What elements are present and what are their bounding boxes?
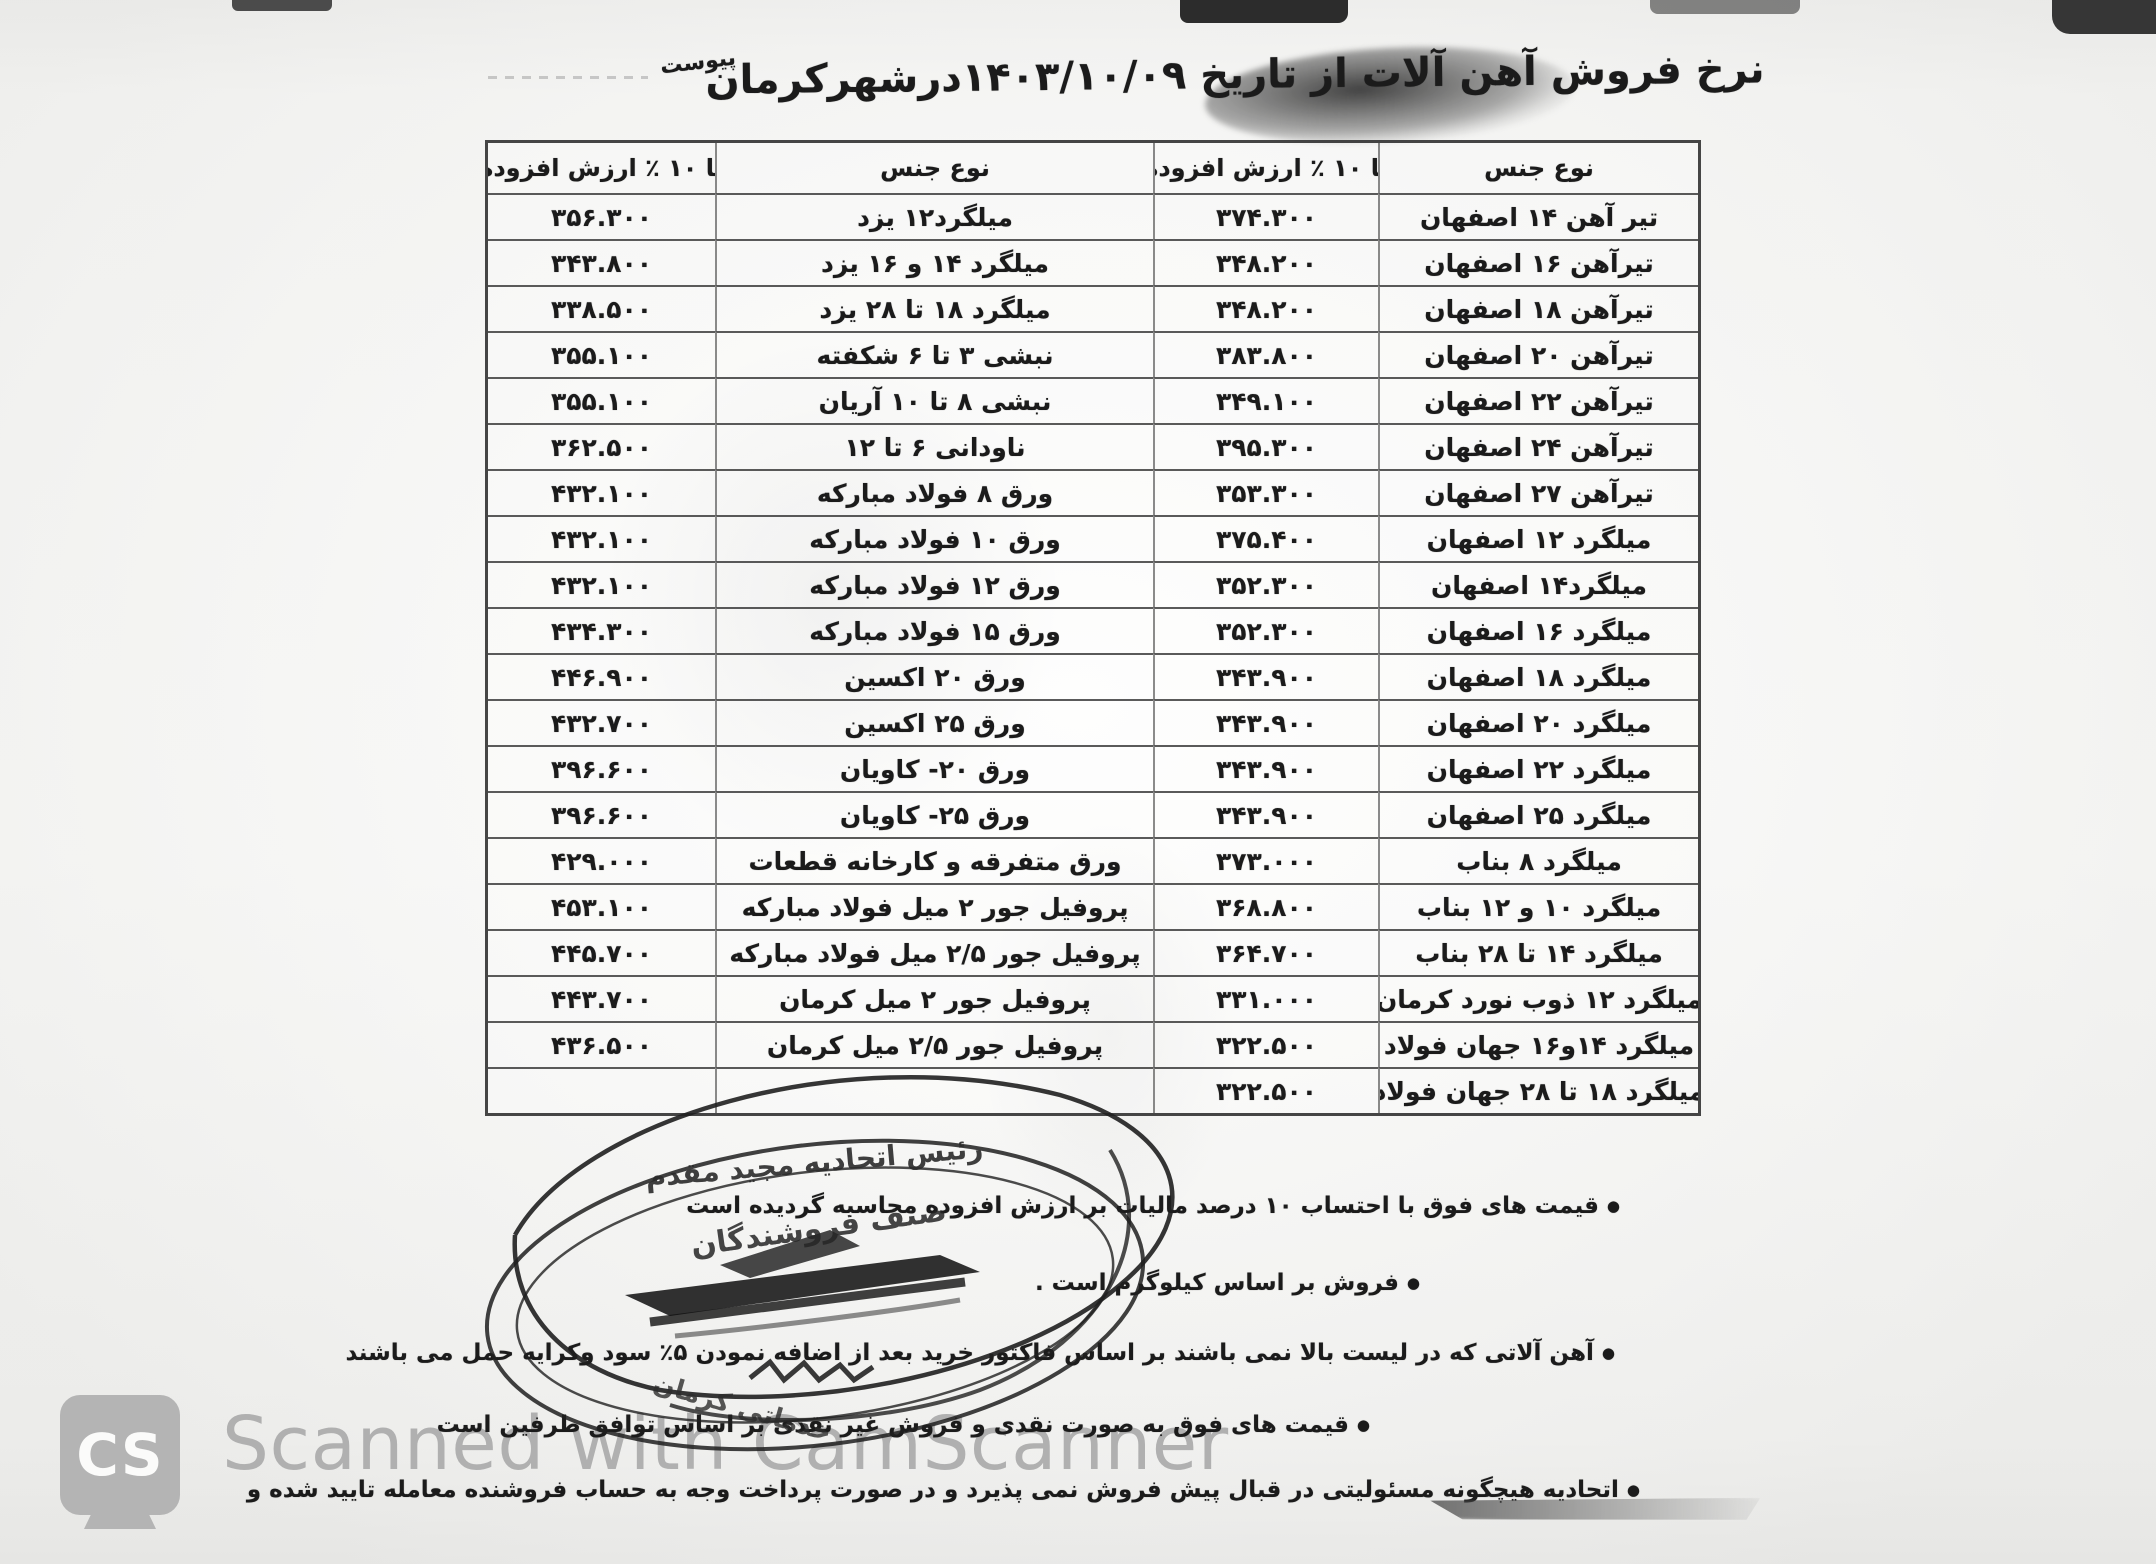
product-cell: میلگرد۱۴ اصفهان	[1378, 561, 1698, 607]
table-row: ۳۵۶.۳۰۰ میلگرد۱۲ یزد ۳۷۴.۳۰۰ تیر آهن ۱۴ …	[488, 193, 1698, 239]
table-row: ۳۹۶.۶۰۰ ورق ۲۰- کاویان ۳۴۳.۹۰۰ میلگرد ۲۲…	[488, 745, 1698, 791]
price-cell: ۳۵۲.۳۰۰	[1153, 561, 1378, 607]
product-cell: ورق ۱۰ فولاد مبارکه	[715, 515, 1153, 561]
faint-dash-line	[488, 76, 648, 79]
product-cell: پروفیل جور ۲ میل فولاد مبارکه	[715, 883, 1153, 929]
table-row: ۳۳۸.۵۰۰ میلگرد ۱۸ تا ۲۸ یزد ۳۴۸.۲۰۰ تیرآ…	[488, 285, 1698, 331]
price-cell: ۴۵۳.۱۰۰	[488, 883, 715, 929]
product-cell: میلگرد ۱۲ اصفهان	[1378, 515, 1698, 561]
camscanner-logo-icon: CS	[60, 1395, 180, 1515]
price-cell: ۳۹۶.۶۰۰	[488, 745, 715, 791]
product-cell: میلگرد ۲۲ اصفهان	[1378, 745, 1698, 791]
table-row: ۴۲۹.۰۰۰ ورق متفرقه و کارخانه قطعات ۳۷۳.۰…	[488, 837, 1698, 883]
table-row: ۴۳۲.۱۰۰ ورق ۸ فولاد مبارکه ۳۵۳.۳۰۰ تیرآه…	[488, 469, 1698, 515]
table-rows: ۳۵۶.۳۰۰ میلگرد۱۲ یزد ۳۷۴.۳۰۰ تیر آهن ۱۴ …	[488, 193, 1698, 1113]
table-row: ۴۳۲.۷۰۰ ورق ۲۵ اکسین ۳۴۳.۹۰۰ میلگرد ۲۰ ا…	[488, 699, 1698, 745]
product-cell: میلگرد ۱۴ تا ۲۸ بناب	[1378, 929, 1698, 975]
price-cell: ۳۶۲.۵۰۰	[488, 423, 715, 469]
price-cell: ۳۵۵.۱۰۰	[488, 377, 715, 423]
price-cell: ۳۴۳.۹۰۰	[1153, 653, 1378, 699]
price-cell: ۳۶۴.۷۰۰	[1153, 929, 1378, 975]
product-cell: ناودانی ۶ تا ۱۲	[715, 423, 1153, 469]
price-cell: ۳۸۳.۸۰۰	[1153, 331, 1378, 377]
price-cell: ۳۷۴.۳۰۰	[1153, 193, 1378, 239]
product-cell: ورق ۸ فولاد مبارکه	[715, 469, 1153, 515]
price-cell: ۳۷۵.۴۰۰	[1153, 515, 1378, 561]
price-cell: ۴۴۶.۹۰۰	[488, 653, 715, 699]
price-cell: ۳۹۶.۶۰۰	[488, 791, 715, 837]
product-cell: تیرآهن ۲۲ اصفهان	[1378, 377, 1698, 423]
product-cell: میلگرد ۱۶ اصفهان	[1378, 607, 1698, 653]
scan-edge-mark	[1650, 0, 1800, 14]
page-title: نرخ فروش آهن آلات از تاریخ ۱۴۰۳/۱۰/۰۹درش…	[690, 46, 1780, 103]
bullet-icon: ●	[1407, 1274, 1420, 1292]
product-cell: تیر آهن ۱۴ اصفهان	[1378, 193, 1698, 239]
table-row: ۳۶۲.۵۰۰ ناودانی ۶ تا ۱۲ ۳۹۵.۳۰۰ تیرآهن ۲…	[488, 423, 1698, 469]
product-cell: میلگرد ۱۴ و ۱۶ یزد	[715, 239, 1153, 285]
price-cell: ۳۴۳.۹۰۰	[1153, 745, 1378, 791]
stamp-handwriting: رئیس اتحادیه مجید مقدم	[644, 1131, 984, 1193]
header-product-type-right: نوع جنس	[1378, 143, 1698, 193]
product-cell: تیرآهن ۱۸ اصفهان	[1378, 285, 1698, 331]
price-cell: ۳۴۸.۲۰۰	[1153, 239, 1378, 285]
table-row: ۴۳۲.۱۰۰ ورق ۱۲ فولاد مبارکه ۳۵۲.۳۰۰ میلگ…	[488, 561, 1698, 607]
bullet-icon: ●	[1607, 1197, 1620, 1215]
product-cell: تیرآهن ۱۶ اصفهان	[1378, 239, 1698, 285]
bullet-icon: ●	[1602, 1344, 1615, 1362]
table-row: ۴۴۵.۷۰۰ پروفیل جور ۲/۵ میل فولاد مبارکه …	[488, 929, 1698, 975]
product-cell: ورق ۲۵- کاویان	[715, 791, 1153, 837]
table-row: ۴۳۲.۱۰۰ ورق ۱۰ فولاد مبارکه ۳۷۵.۴۰۰ میلگ…	[488, 515, 1698, 561]
price-cell: ۴۴۳.۷۰۰	[488, 975, 715, 1021]
scan-edge-mark	[1180, 0, 1348, 23]
table-row: ۳۹۶.۶۰۰ ورق ۲۵- کاویان ۳۴۳.۹۰۰ میلگرد ۲۵…	[488, 791, 1698, 837]
product-cell: میلگرد ۱۸ اصفهان	[1378, 653, 1698, 699]
price-cell: ۳۳۱.۰۰۰	[1153, 975, 1378, 1021]
product-cell: میلگرد ۱۸ تا ۲۸ یزد	[715, 285, 1153, 331]
product-cell: ورق ۲۰ اکسین	[715, 653, 1153, 699]
price-cell: ۳۶۸.۸۰۰	[1153, 883, 1378, 929]
table-row: ۴۴۳.۷۰۰ پروفیل جور ۲ میل کرمان ۳۳۱.۰۰۰ م…	[488, 975, 1698, 1021]
price-cell: ۴۳۲.۱۰۰	[488, 469, 715, 515]
product-cell: میلگرد ۱۸ تا ۲۸ جهان فولاد	[1378, 1067, 1698, 1113]
table-header-row: با ۱۰ ٪ ارزش افزوده نوع جنس با ۱۰ ٪ ارزش…	[488, 143, 1698, 193]
product-cell: میلگرد ۲۵ اصفهان	[1378, 791, 1698, 837]
product-cell: ورق ۲۰- کاویان	[715, 745, 1153, 791]
table-row: ۴۴۶.۹۰۰ ورق ۲۰ اکسین ۳۴۳.۹۰۰ میلگرد ۱۸ ا…	[488, 653, 1698, 699]
header-vat-price-right: با ۱۰ ٪ ارزش افزوده	[1153, 143, 1378, 193]
product-cell: پروفیل جور ۲ میل کرمان	[715, 975, 1153, 1021]
header-vat-price-left: با ۱۰ ٪ ارزش افزوده	[488, 143, 715, 193]
product-cell: ورق ۱۲ فولاد مبارکه	[715, 561, 1153, 607]
iron-price-table: با ۱۰ ٪ ارزش افزوده نوع جنس با ۱۰ ٪ ارزش…	[485, 140, 1701, 1116]
price-cell: ۴۲۹.۰۰۰	[488, 837, 715, 883]
union-stamp: رئیس اتحادیه مجید مقدم صنف فروشندگان خدم…	[420, 1060, 1220, 1480]
product-cell: میلگرد ۱۰ و ۱۲ بناب	[1378, 883, 1698, 929]
price-cell: ۴۳۴.۳۰۰	[488, 607, 715, 653]
scan-edge-mark	[232, 0, 332, 11]
price-cell: ۳۹۵.۳۰۰	[1153, 423, 1378, 469]
product-cell: پروفیل جور ۲/۵ میل فولاد مبارکه	[715, 929, 1153, 975]
product-cell: ورق ۲۵ اکسین	[715, 699, 1153, 745]
price-cell: ۳۵۲.۳۰۰	[1153, 607, 1378, 653]
price-cell: ۳۵۵.۱۰۰	[488, 331, 715, 377]
table-row: ۳۵۵.۱۰۰ نبشی ۸ تا ۱۰ آریان ۳۴۹.۱۰۰ تیرآه…	[488, 377, 1698, 423]
table-row: ۳۵۵.۱۰۰ نبشی ۳ تا ۶ شکفته ۳۸۳.۸۰۰ تیرآهن…	[488, 331, 1698, 377]
price-cell: ۳۷۳.۰۰۰	[1153, 837, 1378, 883]
price-cell: ۴۳۲.۱۰۰	[488, 515, 715, 561]
product-cell: تیرآهن ۲۷ اصفهان	[1378, 469, 1698, 515]
product-cell: ورق متفرقه و کارخانه قطعات	[715, 837, 1153, 883]
price-cell: ۳۴۳.۹۰۰	[1153, 699, 1378, 745]
price-cell: ۳۵۳.۳۰۰	[1153, 469, 1378, 515]
header-product-type-left: نوع جنس	[715, 143, 1153, 193]
price-cell: ۳۳۸.۵۰۰	[488, 285, 715, 331]
table-row: ۳۴۳.۸۰۰ میلگرد ۱۴ و ۱۶ یزد ۳۴۸.۲۰۰ تیرآه…	[488, 239, 1698, 285]
price-cell: ۳۴۸.۲۰۰	[1153, 285, 1378, 331]
product-cell: میلگرد ۱۴و۱۶ جهان فولاد	[1378, 1021, 1698, 1067]
product-cell: نبشی ۳ تا ۶ شکفته	[715, 331, 1153, 377]
bullet-icon: ●	[1627, 1481, 1640, 1499]
product-cell: میلگرد۱۲ یزد	[715, 193, 1153, 239]
table-row: ۴۵۳.۱۰۰ پروفیل جور ۲ میل فولاد مبارکه ۳۶…	[488, 883, 1698, 929]
price-cell: ۴۳۲.۷۰۰	[488, 699, 715, 745]
table-row: ۴۳۴.۳۰۰ ورق ۱۵ فولاد مبارکه ۳۵۲.۳۰۰ میلگ…	[488, 607, 1698, 653]
product-cell: میلگرد ۲۰ اصفهان	[1378, 699, 1698, 745]
product-cell: میلگرد ۸ بناب	[1378, 837, 1698, 883]
price-cell: ۳۵۶.۳۰۰	[488, 193, 715, 239]
product-cell: تیرآهن ۲۰ اصفهان	[1378, 331, 1698, 377]
scan-edge-mark	[2052, 0, 2156, 34]
scanned-document-page: نرخ فروش آهن آلات از تاریخ ۱۴۰۳/۱۰/۰۹درش…	[0, 0, 2156, 1564]
product-cell: میلگرد ۱۲ ذوب نورد کرمان	[1378, 975, 1698, 1021]
bullet-icon: ●	[1357, 1416, 1370, 1434]
price-cell: ۴۴۵.۷۰۰	[488, 929, 715, 975]
footnote-union-liability: ●اتحادیه هیچگونه مسئولیتی در قبال پیش فر…	[247, 1477, 1640, 1503]
price-cell: ۳۴۹.۱۰۰	[1153, 377, 1378, 423]
signature-scribble	[750, 1362, 873, 1380]
product-cell: ورق ۱۵ فولاد مبارکه	[715, 607, 1153, 653]
product-cell: تیرآهن ۲۴ اصفهان	[1378, 423, 1698, 469]
product-cell: نبشی ۸ تا ۱۰ آریان	[715, 377, 1153, 423]
price-cell: ۴۳۲.۱۰۰	[488, 561, 715, 607]
price-cell: ۳۴۳.۸۰۰	[488, 239, 715, 285]
price-cell: ۳۴۳.۹۰۰	[1153, 791, 1378, 837]
